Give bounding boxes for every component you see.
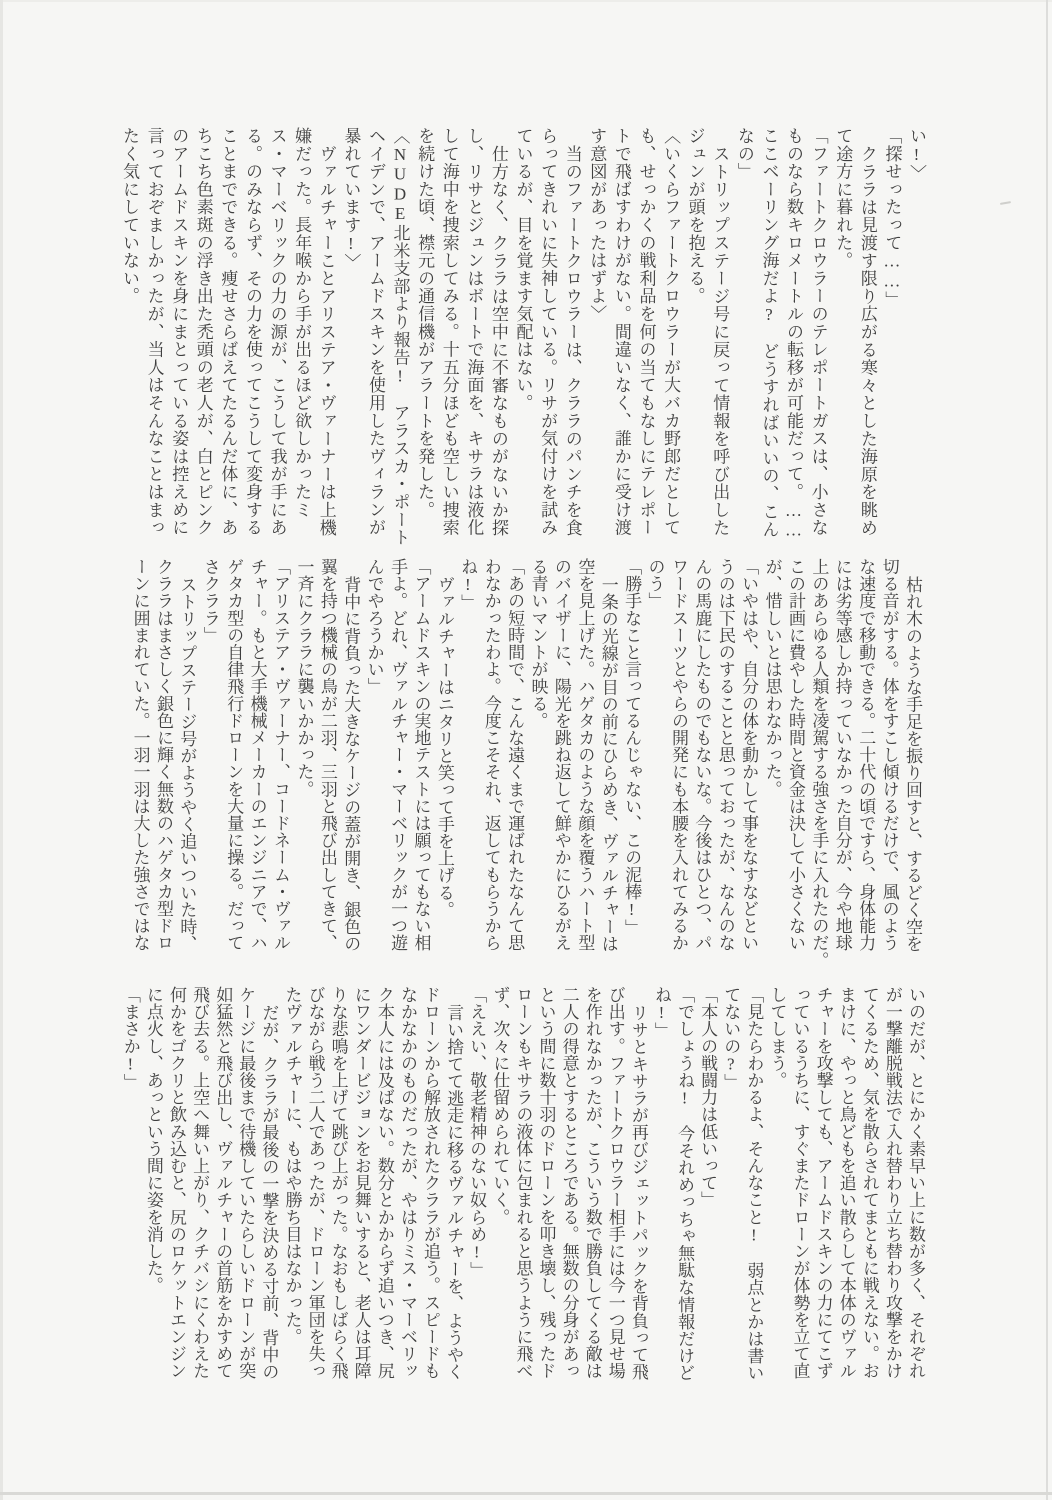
text-column: んでやろうかい」 (362, 558, 385, 952)
text-column: たヴァルチャーに、もはや勝ち目はなかった。 (280, 986, 303, 1382)
text-column: 言っておぞましかったが、当人はそんなことはまっ (141, 127, 166, 537)
text-column: 〈NUDE北米支部より報告! アラスカ・ポート (387, 127, 412, 537)
text-column: してしまう。 (765, 986, 788, 1382)
text-column: し、リサとジュンはボートで海面を、キサラは液化 (461, 127, 486, 537)
text-column: 「いやはや、自分の体を動かして事をなすなどとい (737, 558, 760, 952)
text-column: らってきれいに失神している。リサが気付けを試み (535, 127, 560, 537)
text-column: 「アームドスキンの実地テストには願ってもない相 (409, 558, 432, 952)
page-edge-left (0, 0, 3, 1500)
text-column: 切る音がする。体をすこし傾けるだけで、風のよう (877, 558, 900, 952)
text-column: ーンに囲まれていた。一羽一羽は大した強さではな (128, 558, 151, 952)
text-column: ストリップステージ号がようやく追いついた時、 (175, 558, 198, 952)
text-column: す意図があったはずよ〉 (584, 127, 609, 537)
text-column: ストリップステージ号に戻って情報を呼び出した (707, 127, 732, 537)
page-edge-bottom (0, 1492, 1052, 1495)
text-column: っているうちに、すぐまたドローンが体勢を立て直 (788, 986, 811, 1382)
text-column: チャー。もと大手機械メーカーのエンジニアで、ハ (245, 558, 268, 952)
text-column: 如猛然と飛び出し、ヴァルチャーの首筋をかすめて (211, 986, 234, 1382)
text-column: 枯れ木のような手足を振り回すと、するどく空を (901, 558, 924, 952)
text-column: 嫌だった。長年喉から手が出るほど欲しかったミ (289, 127, 314, 537)
text-column: にワンダービジョンをお見舞いすると、老人は耳障 (350, 986, 373, 1382)
text-column: うのは下民のすることと思っておったが、なんのな (713, 558, 736, 952)
text-column: ものなら数キロメートルの転移が可能だって。…… (780, 127, 805, 537)
text-column: びながら戦う二人であったが、ドローン軍団を失っ (303, 986, 326, 1382)
text-column: ス・マーベリックの力の源が、こうして我が手にあ (264, 127, 289, 537)
text-band-bottom: いのだが、とにかく素早い上に数が多く、それぞれが一撃離脱戦法で入れ替わり立ち替わ… (119, 986, 927, 1382)
text-column: 言い捨てて逃走に移るヴァルチャーを、ようやく (442, 986, 465, 1382)
text-column: ジュンが頭を抱える。 (682, 127, 707, 537)
text-column: 「本人の戦闘力は低いって」 (696, 986, 719, 1382)
text-column: して海中を捜索してみる。十五分ほども空しい捜索 (436, 127, 461, 537)
text-column: 二人の得意とするところである。無数の分身があっ (558, 986, 581, 1382)
text-column: ているが、目を覚ます気配はない。 (510, 127, 535, 537)
text-column: のバイザーに、陽光を跳ね返して鮮やかにひるがえ (550, 558, 573, 952)
text-column: ね!」 (650, 986, 673, 1382)
text-column: いのだが、とにかく素早い上に数が多く、それぞれ (904, 986, 927, 1382)
text-column: 手よ。どれ、ヴァルチャー・マーベリックが一つ遊 (386, 558, 409, 952)
text-column: る青いマントが映る。 (526, 558, 549, 952)
text-column: ゲタカ型の自律飛行ドローンを大量に操る。だって (222, 558, 245, 952)
text-column: 「勝手なこと言ってるんじゃない、この泥棒!」 (620, 558, 643, 952)
text-column: のアームドスキンを身にまとっている姿は控えめに (166, 127, 191, 537)
scan-artifact (1000, 201, 1011, 205)
text-column: ず、次々に仕留められていく。 (488, 986, 511, 1382)
text-column: ヴァルチャーはニタリと笑って手を上げる。 (432, 558, 455, 952)
text-column: わなかったわよ。今度こそそれ、返してもらうから (479, 558, 502, 952)
text-column: という間に数十羽のドローンを叩き壊し、残ったド (534, 986, 557, 1382)
text-column: を続けた頃、襟元の通信機がアラートを発した。 (412, 127, 437, 537)
text-column: な速度で移動できる。二十代の頃ですら、身体能力 (854, 558, 877, 952)
text-column: たく気にしていない。 (116, 127, 141, 537)
text-column: まけに、やっと鳥どもを追い散らして本体のヴァル (835, 986, 858, 1382)
text-column: て途方に暮れた。 (830, 127, 855, 537)
text-column: ヴァルチャーことアリステア・ヴァーナーは上機 (313, 127, 338, 537)
text-column: この計画に費やした時間と資金は決して小さくない (784, 558, 807, 952)
text-column: 上のあらゆる人類を凌駕する強さを手に入れたのだ。 (807, 558, 830, 952)
text-column: んの馬鹿にしたものでもないな。今後はひとつ、パ (690, 558, 713, 952)
text-column: 「アリステア・ヴァーナー、コードネーム・ヴァル (269, 558, 292, 952)
text-column: が一撃離脱戦法で入れ替わり立ち替わり攻撃をかけ (881, 986, 904, 1382)
text-column: チャーを攻撃しても、アームドスキンの力にてこず (812, 986, 835, 1382)
text-column: には劣等感しか持っていなかった自分が、今や地球 (830, 558, 853, 952)
text-column: を作れなかったが、こういう数で勝負してくる敵は (581, 986, 604, 1382)
text-column: ここベーリング海だよ? どうすればいいの、こん (756, 127, 781, 537)
text-column: ドローンから解放されたクララが追う。スピードも (419, 986, 442, 1382)
text-column: りな悲鳴を上げて跳び上がった。なおもしばらく飛 (327, 986, 350, 1382)
text-column: 一条の光線が目の前にひらめき、ヴァルチャーは (596, 558, 619, 952)
text-column: てくるため、気を散らされてまともに戦えない。お (858, 986, 881, 1382)
text-column: 飛び去る。上空へ舞い上がり、クチバシにくわえた (188, 986, 211, 1382)
text-column: 当のファートクロウラーは、クララのパンチを食 (559, 127, 584, 537)
text-column: なかなかのものだったが、やはりミス・マーベリッ (396, 986, 419, 1382)
text-column: ローンもキサラの液体に包まれると思うように飛べ (511, 986, 534, 1382)
text-column: だが、クララが最後の一撃を決める寸前、背中の (257, 986, 280, 1382)
text-column: 「ええい、敬老精神のない奴らめ!」 (465, 986, 488, 1382)
text-column: 「でしょうね! 今それめっちゃ無駄な情報だけど (673, 986, 696, 1382)
text-column: なの」 (731, 127, 756, 537)
text-column: 一斉にクララに襲いかかった。 (292, 558, 315, 952)
text-column: さクララ」 (198, 558, 221, 952)
text-band-middle: 枯れ木のような手足を振り回すと、するどく空を切る音がする。体をすこし傾けるだけで… (128, 558, 924, 952)
text-column: 〈いくらファートクロウラーが大バカ野郎だとして (657, 127, 682, 537)
text-column: 「見たらわかるよ、そんなこと! 弱点とかは書い (742, 986, 765, 1382)
page-edge-right (1046, 0, 1048, 1500)
text-column: び出す。ファートクロウラー相手には今一つ見せ場 (604, 986, 627, 1382)
text-column: クララは見渡す限り広がる寒々とした海原を眺め (854, 127, 879, 537)
text-column: が、惜しいとは思わなかった。 (760, 558, 783, 952)
text-column: に点火し、あっという間に姿を消した。 (142, 986, 165, 1382)
scanned-novel-page: い!〉「探せったって……」クララは見渡す限り広がる寒々とした海原を眺めて途方に暮… (0, 0, 1052, 1500)
page-edge-top (0, 0, 1052, 2)
text-column: ワードスーツとやらの開発にも本腰を入れてみるか (667, 558, 690, 952)
text-column: リサとキサラが再びジェットパックを背負って飛 (627, 986, 650, 1382)
text-column: 空を見上げた。ハゲタカのような顔を覆うハート型 (573, 558, 596, 952)
text-column: クララはまさしく銀色に輝く無数のハゲタカ型ドロ (152, 558, 175, 952)
text-column: トで飛ばすわけがない。間違いなく、誰かに受け渡 (608, 127, 633, 537)
text-column: 仕方なく、クララは空中に不審なものがないか探 (485, 127, 510, 537)
text-column: も、せっかくの戦利品を何の当てもなしにテレポー (633, 127, 658, 537)
text-column: い!〉 (903, 127, 928, 537)
text-column: 「まさか!」 (119, 986, 142, 1382)
text-column: 「あの短時間で、こんな遠くまで運ばれたなんて思 (503, 558, 526, 952)
text-column: 何かをゴクリと飲み込むと、尻のロケットエンジン (165, 986, 188, 1382)
text-column: ちこち色素斑の浮き出た禿頭の老人が、白とピンク (190, 127, 215, 537)
text-column: のう」 (643, 558, 666, 952)
text-column: 翼を持つ機械の鳥が二羽、三羽と飛び出してきて、 (315, 558, 338, 952)
text-column: ケージに最後まで待機していたらしいドローンが突 (234, 986, 257, 1382)
text-column: ヘイデンで、アームドスキンを使用したヴィランが (362, 127, 387, 537)
text-column: 暴れています!〉 (338, 127, 363, 537)
text-column: 「ファートクロウラーのテレポートガスは、小さな (805, 127, 830, 537)
text-column: ク本人には及ばない。数分とかからず追いつき、尻 (373, 986, 396, 1382)
text-column: ね!」 (456, 558, 479, 952)
text-column: 背中に背負った大きなケージの蓋が開き、銀色の (339, 558, 362, 952)
text-band-top: い!〉「探せったって……」クララは見渡す限り広がる寒々とした海原を眺めて途方に暮… (116, 127, 928, 537)
text-column: てないの?」 (719, 986, 742, 1382)
text-column: ことまでできる。痩せさらばえてたるんだ体に、あ (215, 127, 240, 537)
text-column: る。のみならず、その力を使ってこうして変身する (239, 127, 264, 537)
text-column: 「探せったって……」 (879, 127, 904, 537)
